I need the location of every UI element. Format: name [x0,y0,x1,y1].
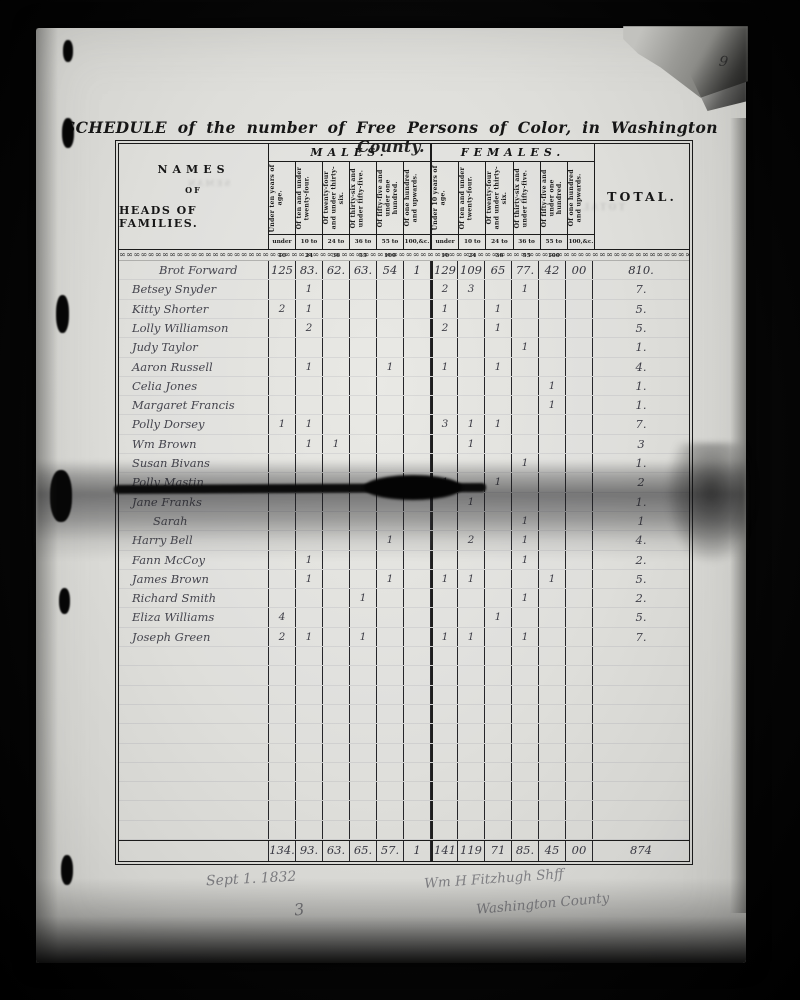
male-count-cell [350,280,377,298]
female-count-cell [539,338,566,356]
male-count-cell [404,415,431,433]
female-count-cell [458,358,485,376]
male-count-cell [323,686,350,704]
female-count-cell [458,782,485,800]
female-count-cell: 1 [512,280,539,298]
male-count-cell [296,608,323,626]
table-row: James Brown111115. [119,570,689,589]
female-count-cell [539,300,566,318]
group-label: FEMALES. [432,144,594,162]
male-count-cell: 134. [269,841,296,861]
male-count-cell [323,608,350,626]
total-cell: 5. [593,319,689,337]
female-count-cell [512,300,539,318]
male-count-cell [404,647,431,665]
female-count-cell [512,608,539,626]
male-count-cell [323,338,350,356]
female-count-cell [458,666,485,684]
female-count-cell: 85. [512,841,539,861]
female-count-cell [539,415,566,433]
male-count-cell [296,666,323,684]
female-count-cell [458,647,485,665]
family-head-name: Lolly Williamson [119,319,269,337]
female-count-cell [458,377,485,395]
female-count-cell [512,570,539,588]
table-row: Richard Smith112. [119,589,689,608]
female-count-cell [539,744,566,762]
male-count-cell [404,396,431,414]
male-count-cell [377,319,404,337]
names-header-line: HEADS OF FAMILIES. [119,204,268,230]
female-count-cell [566,300,593,318]
female-count-cell: 2 [431,319,458,337]
female-count-cell [458,763,485,781]
table-row [119,744,689,763]
table-row: Brot Forward12583.62.63.5411291096577.42… [119,261,689,280]
bleed-through-text: TOTAL [581,203,625,213]
female-count-cell [512,763,539,781]
female-count-cell: 1 [539,396,566,414]
male-count-cell [404,280,431,298]
family-head-name: Aaron Russell [119,358,269,376]
male-count-cell [323,628,350,646]
edge-shadow [36,28,58,963]
female-count-cell [566,744,593,762]
male-count-cell [323,589,350,607]
female-count-cell [485,628,512,646]
female-count-cell [485,763,512,781]
column-header: Of twenty-four and under thirty-six.24 t… [486,162,513,249]
male-count-cell [323,782,350,800]
family-head-name: Richard Smith [119,589,269,607]
male-count-cell [377,763,404,781]
female-count-cell [566,647,593,665]
column-header: Of fifty-five and under one hundred.55 t… [541,162,568,249]
table-row [119,801,689,820]
table-row [119,724,689,743]
male-count-cell [404,705,431,723]
table-header: NAMES OF HEADS OF FAMILIES. MALES. Under… [119,144,689,250]
female-count-cell [512,319,539,337]
female-count-cell [458,821,485,839]
male-count-cell [323,724,350,742]
family-head-name [119,705,269,723]
table-row: Celia Jones11. [119,377,689,396]
female-count-cell [512,724,539,742]
female-count-cell: 00 [566,261,593,279]
table-row: Judy Taylor11. [119,338,689,357]
male-count-cell [404,570,431,588]
female-count-cell: 1 [431,358,458,376]
female-count-cell [431,396,458,414]
column-header: Of thirty-six and under fifty-five.36 to… [514,162,541,249]
male-count-cell: 1 [377,570,404,588]
male-count-cell [296,763,323,781]
male-count-cell [377,705,404,723]
male-count-cell [296,821,323,839]
male-count-cell [404,319,431,337]
male-count-cell [350,377,377,395]
female-count-cell [485,821,512,839]
male-count-cell [404,338,431,356]
female-count-cell [539,801,566,819]
table-row [119,763,689,782]
total-cell: 5. [593,608,689,626]
female-count-cell: 1 [431,570,458,588]
column-header: Under ten years of age.under 10 [269,162,296,249]
male-count-cell [404,801,431,819]
family-head-name [119,763,269,781]
female-count-cell: 1 [431,628,458,646]
table-row: Lolly Williamson2215. [119,319,689,338]
male-count-cell [350,435,377,453]
total-cell: 2. [593,589,689,607]
bleed-through-text: SEMAN [186,178,230,188]
female-count-cell [431,589,458,607]
column-sub-label: 55 to 100 [541,234,567,249]
male-count-cell [269,666,296,684]
total-cell: 1. [593,377,689,395]
female-count-cell [566,415,593,433]
male-count-cell [269,801,296,819]
table-row [119,666,689,685]
female-count-cell [512,435,539,453]
female-count-cell [539,763,566,781]
female-count-cell [485,705,512,723]
male-count-cell [296,377,323,395]
total-cell: 1. [593,338,689,356]
male-count-cell [269,686,296,704]
female-count-cell [431,821,458,839]
total-cell [593,782,689,800]
female-count-cell [539,628,566,646]
female-count-cell [485,589,512,607]
female-count-cell [458,744,485,762]
male-count-cell [404,821,431,839]
male-count-cell [269,319,296,337]
paper: 9 SCHEDULE of the number of Free Persons… [36,28,746,963]
table-row [119,821,689,840]
table-row: Aaron Russell11114. [119,358,689,377]
total-cell: 7. [593,415,689,433]
female-count-cell [485,647,512,665]
male-count-cell: 1 [350,628,377,646]
female-count-cell [566,319,593,337]
male-count-cell [377,744,404,762]
bottom-shadow [36,878,746,963]
total-cell [593,647,689,665]
male-count-cell [323,570,350,588]
female-count-cell: 1 [431,300,458,318]
male-count-cell: 1 [296,570,323,588]
female-count-cell: 119 [458,841,485,861]
female-count-cell [485,782,512,800]
column-label: Of one hundred and upwards. [404,162,430,234]
male-count-cell [269,705,296,723]
family-head-name [119,647,269,665]
male-count-cell: 1 [296,628,323,646]
female-count-cell [566,396,593,414]
female-count-cell: 1 [458,415,485,433]
male-count-cell: 2 [296,319,323,337]
edge-shadow [730,118,746,913]
male-count-cell [377,821,404,839]
female-count-cell [512,686,539,704]
family-head-name: Judy Taylor [119,338,269,356]
female-count-cell [431,724,458,742]
male-count-cell [269,647,296,665]
column-label: Under ten years of age. [269,162,295,234]
family-head-name: Wm Brown [119,435,269,453]
female-count-cell: 109 [458,261,485,279]
female-count-cell [566,666,593,684]
male-count-cell [404,763,431,781]
male-count-cell [296,782,323,800]
male-count-cell: 2 [269,628,296,646]
male-count-cell [269,724,296,742]
female-count-cell [512,821,539,839]
family-head-name: Brot Forward [119,261,269,279]
family-head-name: Celia Jones [119,377,269,395]
ink-blot [63,40,73,62]
total-cell [593,724,689,742]
table-row: Margaret Francis11. [119,396,689,415]
male-count-cell [404,724,431,742]
female-count-cell [431,608,458,626]
male-count-cell [377,686,404,704]
female-count-cell [539,821,566,839]
female-count-cell: 1 [512,589,539,607]
male-count-cell: 65. [350,841,377,861]
family-head-name [119,724,269,742]
male-count-cell [404,782,431,800]
female-count-cell [458,300,485,318]
column-sub-label: under 10 [432,234,458,249]
column-label: Of fifty-five and under one hundred. [377,162,403,234]
column-header: Of ten and under twenty-four.10 to 24 [296,162,323,249]
male-count-cell [323,801,350,819]
male-count-cell [296,705,323,723]
table-row: Eliza Williams415. [119,608,689,627]
column-sub-label: 55 to 100 [377,234,403,249]
female-count-cell: 129 [431,261,458,279]
male-count-cell [377,589,404,607]
male-count-cell [269,570,296,588]
female-count-cell [485,744,512,762]
female-count-cell [458,396,485,414]
male-count-cell [269,744,296,762]
male-count-cell: 1 [404,261,431,279]
male-count-cell: 125 [269,261,296,279]
total-cell [593,744,689,762]
male-count-cell: 1 [296,358,323,376]
female-count-cell [539,686,566,704]
female-count-cell [566,608,593,626]
male-count-cell [404,435,431,453]
male-count-cell [269,377,296,395]
table-row: Kitty Shorter21115. [119,300,689,319]
male-count-cell [377,608,404,626]
male-count-cell [350,744,377,762]
family-head-name: Eliza Williams [119,608,269,626]
table-row [119,705,689,724]
column-label: Of one hundred and upwards. [568,162,594,234]
female-count-cell [431,435,458,453]
ink-blot [364,475,462,500]
female-count-cell: 1 [485,300,512,318]
male-count-cell [323,705,350,723]
male-count-cell: 2 [269,300,296,318]
family-head-name: James Brown [119,570,269,588]
male-count-cell [404,744,431,762]
total-cell: 1. [593,396,689,414]
total-cell: 4. [593,358,689,376]
column-label: Of ten and under twenty-four. [459,162,485,234]
female-count-cell [566,435,593,453]
male-count-cell [377,300,404,318]
family-head-name: Betsey Snyder [119,280,269,298]
female-count-cell [485,280,512,298]
female-count-cell: 1 [512,628,539,646]
female-count-cell [431,744,458,762]
female-count-cell: 77. [512,261,539,279]
column-header: Of one hundred and upwards.100,&c. [404,162,430,249]
female-count-cell [539,705,566,723]
female-count-cell [539,724,566,742]
male-count-cell [323,821,350,839]
male-count-cell [269,821,296,839]
total-cell [593,686,689,704]
male-count-cell [377,415,404,433]
total-cell: 7. [593,280,689,298]
total-cell: 7. [593,628,689,646]
male-count-cell: 1 [296,300,323,318]
female-count-cell [512,801,539,819]
female-count-cell [431,782,458,800]
male-count-cell [350,724,377,742]
table-row: Betsey Snyder12317. [119,280,689,299]
female-count-cell [539,319,566,337]
male-count-cell [350,647,377,665]
family-head-name [119,686,269,704]
female-count-cell [566,377,593,395]
total-cell: 5. [593,570,689,588]
female-count-cell: 1 [485,319,512,337]
names-column-header: NAMES OF HEADS OF FAMILIES. [119,144,269,249]
male-count-cell: 1 [323,435,350,453]
female-count-cell [485,666,512,684]
total-cell [593,801,689,819]
group-columns: Under ten years of age.under 10Of ten an… [269,162,430,249]
female-count-cell [458,319,485,337]
male-count-cell: 63. [323,841,350,861]
male-count-cell [269,589,296,607]
female-count-cell [431,666,458,684]
female-count-cell [431,647,458,665]
female-count-cell [539,435,566,453]
male-count-cell [323,647,350,665]
male-count-cell: 1 [296,280,323,298]
female-count-cell [512,358,539,376]
table-row: Wm Brown1113 [119,435,689,454]
female-count-cell: 42 [539,261,566,279]
table-rows: Brot Forward12583.62.63.5411291096577.42… [119,261,689,861]
male-count-cell: 1 [404,841,431,861]
male-count-cell [377,724,404,742]
female-count-cell [485,570,512,588]
female-count-cell [566,280,593,298]
female-count-cell [485,377,512,395]
female-count-cell [539,782,566,800]
female-count-cell [512,782,539,800]
female-count-cell [431,686,458,704]
female-count-cell [431,705,458,723]
total-cell [593,763,689,781]
female-count-cell: 71 [485,841,512,861]
male-count-cell: 1 [269,415,296,433]
male-count-cell [350,666,377,684]
female-count-cell [566,358,593,376]
female-count-cell [431,377,458,395]
family-head-name [119,744,269,762]
male-count-cell [350,300,377,318]
male-count-cell [404,686,431,704]
female-count-cell: 1 [539,377,566,395]
male-count-cell [350,705,377,723]
table-row [119,686,689,705]
female-count-cell [566,338,593,356]
female-count-cell: 45 [539,841,566,861]
male-count-cell [269,338,296,356]
column-label: Under 10 years of age. [432,162,458,234]
column-sub-label: 100,&c. [404,234,430,249]
male-count-cell [350,608,377,626]
female-count-cell [458,338,485,356]
male-count-cell [377,801,404,819]
female-count-cell: 2 [431,280,458,298]
column-sub-label: 10 to 24 [459,234,485,249]
male-count-cell [350,821,377,839]
column-label: Of ten and under twenty-four. [296,162,322,234]
female-count-cell [458,608,485,626]
male-count-cell [269,763,296,781]
male-count-cell [323,280,350,298]
family-head-name [119,666,269,684]
table-row: Polly Dorsey113117. [119,415,689,434]
female-count-cell: 141 [431,841,458,861]
family-head-name: Polly Dorsey [119,415,269,433]
male-count-cell [377,782,404,800]
female-count-cell [566,821,593,839]
female-count-cell: 1 [512,338,539,356]
female-count-cell [458,686,485,704]
female-count-cell [566,570,593,588]
male-count-cell [404,666,431,684]
group-label: MALES. [269,144,430,162]
male-count-cell [323,666,350,684]
male-count-cell: 62. [323,261,350,279]
family-head-name [119,801,269,819]
female-count-cell: 1 [539,570,566,588]
male-count-cell [323,744,350,762]
male-count-cell [404,628,431,646]
female-count-cell [566,686,593,704]
male-count-cell [323,763,350,781]
column-sub-label: 36 to 55 [350,234,376,249]
male-count-cell [323,396,350,414]
male-count-cell [323,358,350,376]
totals-row: 134.93.63.65.57.11411197185.4500874 [119,840,689,861]
